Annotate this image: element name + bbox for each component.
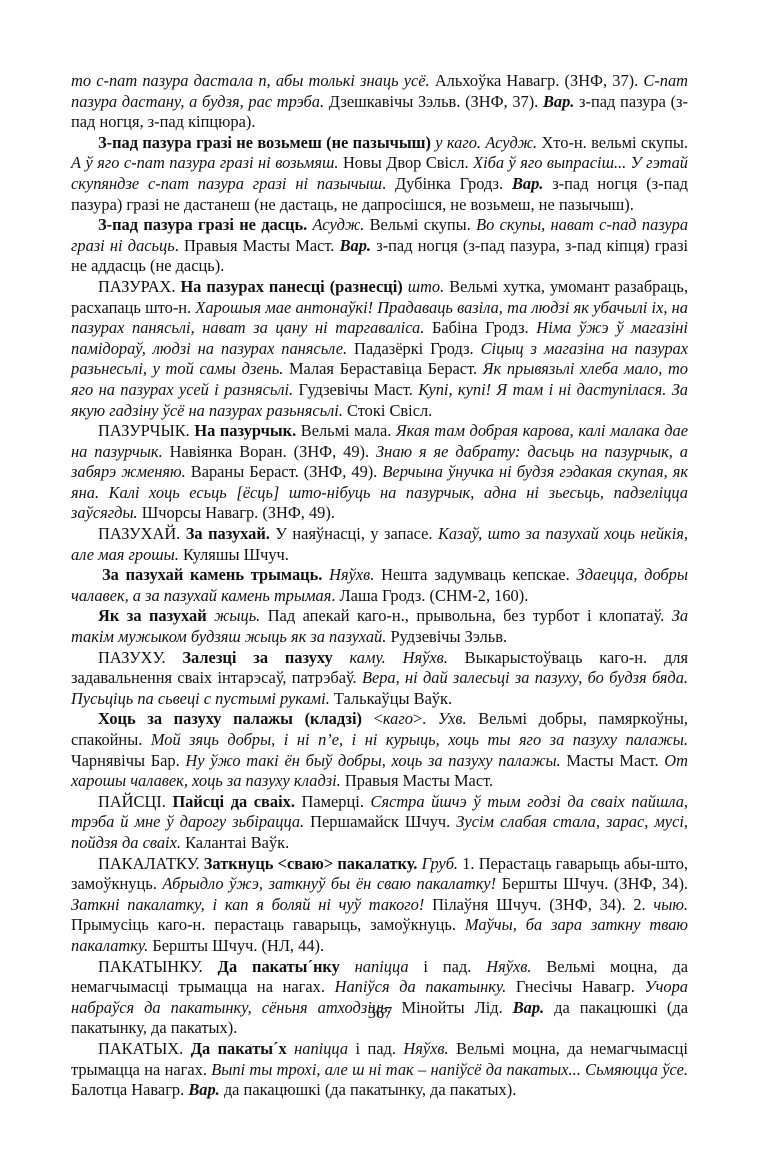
italic-text: Ну ўжо такі ён быў добры, хоць за пазуху… (185, 751, 560, 770)
text-run: Балотца Навагр. (71, 1080, 188, 1099)
entry-pakatykh: ПАКАТЫХ. Да пакаты´х напіцца і пад. Няўх… (71, 1039, 688, 1101)
text-run: ПАЗУРАХ. (98, 277, 180, 296)
text-run: Бершты Шчуч. (ЗНФ, 34). (496, 874, 688, 893)
text-run: Нешта задумваць кепскае. (374, 565, 576, 584)
entry-z-pad-pazura-ne-vozmesh: З-пад пазура гразі не возьмеш (не пазычы… (71, 133, 688, 215)
text-run: Хто-н. вельмі скупы. (537, 133, 688, 152)
italic-text: Напіўся да пакатынку. (335, 977, 507, 996)
headword-phrase: Да пакаты´нку (218, 957, 340, 976)
entry-pazurchyk: ПАЗУРЧЫК. На пазурчык. Вельмі мала. Якая… (71, 421, 688, 524)
italic-text: Абрыдло ўжэ, заткнуў бы ён сваю пакалатк… (162, 874, 496, 893)
text-run: і пад. (348, 1039, 403, 1058)
text-run: Дзешкавічы Зэльв. (ЗНФ, 37). (324, 92, 543, 111)
italic-text: Груб. (417, 854, 458, 873)
text-run: ПАЗУРЧЫК. (98, 421, 194, 440)
headword-phrase: З-пад пазура гразі не возьмеш (не пазычы… (98, 133, 431, 152)
text-run: Навіянка Воран. (ЗНФ, 49). (163, 442, 376, 461)
italic-text: то с-пат пазура дастала п, абы толькі зн… (71, 71, 430, 90)
italic-text: напіцца (340, 957, 409, 976)
italic-text: жыць. (207, 606, 261, 625)
headword-phrase: За пазухай камень трымаць. (102, 565, 322, 584)
variant-label: Вар. (512, 174, 543, 193)
entry-pakatynku: ПАКАТЫНКУ. Да пакаты´нку напіцца і пад. … (71, 957, 688, 1039)
text-run: Шчорсы Навагр. (ЗНФ, 49). (138, 503, 335, 522)
headword-phrase: За пазухай. (186, 524, 270, 543)
text-run: Правыя Масты Маст. (341, 771, 493, 790)
italic-text: Няўхв. (486, 957, 531, 976)
entry-pazukhai: ПАЗУХАЙ. За пазухай. У наяўнасці, у запа… (71, 524, 688, 565)
text-run: Стокі Свісл. (343, 401, 432, 420)
italic-text: Асудж. (307, 215, 364, 234)
entry-z-pad-pazura-ne-dasts: З-пад пазура гразі не дасць. Асудж. Вель… (71, 215, 688, 277)
entry-za-pazukhai-kamen: За пазухай камень трымаць. Няўхв. Нешта … (71, 565, 688, 606)
italic-text: Мой зяць добры, і ні п’е, і ні курыць, х… (151, 730, 688, 749)
text-run: Куляшы Шчуч. (179, 545, 289, 564)
variant-label: Вар. (340, 236, 371, 255)
text-run: Пад апекай каго-н., прывольна, без турбо… (260, 606, 671, 625)
italic-text: чыю. (653, 895, 688, 914)
text-run: Першамайск Шчуч. (304, 812, 456, 831)
text-run: Вараны Бераст. (ЗНФ, 49). (186, 462, 383, 481)
italic-text: у каго. Асудж. (431, 133, 537, 152)
entry-pazukhu: ПАЗУХУ. Залезці за пазуху каму. Няўхв. В… (71, 648, 688, 710)
text-run: < (362, 709, 383, 728)
text-run: ПАКАЛАТКУ. (98, 854, 204, 873)
text-run: ПАКАТЫНКУ. (98, 957, 218, 976)
text-run: Прымусіць каго-н. перастаць гаварыць, за… (71, 915, 465, 934)
variant-label: Вар. (188, 1080, 219, 1099)
text-run: да пакацюшкі (да пакатынку, да пакатых). (220, 1080, 517, 1099)
text-run: Рудзевічы Зэльв. (386, 627, 507, 646)
italic-text: Няўхв. (403, 1039, 448, 1058)
text-run: Гнесічы Навагр. (506, 977, 644, 996)
text-run: Пілаўня Шчуч. (ЗНФ, 34). 2. (424, 895, 653, 914)
text-run: ПАЙСЦІ. (98, 792, 172, 811)
entry-pakalatku: ПАКАЛАТКУ. Заткнуць <сваю> пакалатку. Гр… (71, 854, 688, 957)
headword-phrase: На пазурчык. (194, 421, 296, 440)
text-run: . Правыя Масты Маст. (175, 236, 340, 255)
text-run: ПАКАТЫХ. (98, 1039, 191, 1058)
headword-phrase: На пазурах панесці (разнесці) (180, 277, 402, 296)
text-run: Памерці. (295, 792, 371, 811)
text-run: і пад. (409, 957, 487, 976)
variant-label: Вар. (543, 92, 574, 111)
text-run: ПАЗУХАЙ. (98, 524, 186, 543)
italic-text: напіцца (287, 1039, 348, 1058)
text-run: Калантаі Ваўк. (181, 833, 289, 852)
continuation-paragraph: то с-пат пазура дастала п, абы толькі зн… (71, 71, 688, 133)
text-run: >. (413, 709, 438, 728)
headword-phrase: Заткнуць <сваю> пакалатку. (204, 854, 418, 873)
text-run: Падазёркі Гродз. (347, 339, 481, 358)
headword-phrase: Да пакаты´х (191, 1039, 287, 1058)
text-run: Бабіна Гродз. (424, 318, 536, 337)
text-run: Гудзевічы Маст. (293, 380, 418, 399)
italic-text: Няўхв. (322, 565, 374, 584)
entry-pazurakh: ПАЗУРАХ. На пазурах панесці (разнесці) ш… (71, 277, 688, 421)
headword-phrase: Як за пазухай (98, 606, 207, 625)
entry-yak-za-pazukhai: Як за пазухай жыць. Пад апекай каго-н., … (71, 606, 688, 647)
text-run: У наяўнасці, у запасе. (270, 524, 438, 543)
italic-text: Выпі ты трохі, але ш ні так – напіўсё да… (211, 1060, 688, 1079)
text-run: Малая Бераставіца Бераст. (283, 359, 482, 378)
italic-text: Заткні пакалатку, і кап я боляй ні чуў т… (71, 895, 424, 914)
italic-text: каго (383, 709, 413, 728)
text-run: Масты Маст. (561, 751, 665, 770)
text-run: Вельмі мала. (296, 421, 396, 440)
italic-text: што. (403, 277, 444, 296)
text-run: Чарнявічы Бар. (71, 751, 185, 770)
headword-phrase: Залезці за пазуху (182, 648, 332, 667)
text-run: Альхоўка Навагр. (ЗНФ, 37). (430, 71, 644, 90)
headword-phrase: Пайсці да сваіх. (172, 792, 295, 811)
italic-text: каму. Няўхв. (333, 648, 448, 667)
italic-text: А ў яго с-пат пазура гразі ні возьмяш. (71, 153, 338, 172)
text-run: . Дубінка Гродз. (382, 174, 512, 193)
headword-phrase: Хоць за пазуху палажы (кладзі) (98, 709, 362, 728)
text-run: Талькаўцы Ваўк. (330, 689, 452, 708)
text-run: ПАЗУХУ. (98, 648, 182, 667)
text-run: . Лаша Гродз. (СНМ-2, 160). (331, 586, 528, 605)
text-run: Бершты Шчуч. (НЛ, 44). (148, 936, 324, 955)
text-run: Вельмі скупы. (364, 215, 476, 234)
page-number: 367 (0, 1003, 760, 1023)
entry-paisci: ПАЙСЦІ. Пайсці да сваіх. Памерці. Сястра… (71, 792, 688, 854)
entry-khots-za-pazukhu: Хоць за пазуху палажы (кладзі) <каго>. У… (71, 709, 688, 791)
headword-phrase: З-пад пазура гразі не дасць. (98, 215, 307, 234)
dictionary-page-body: то с-пат пазура дастала п, абы толькі зн… (71, 71, 688, 1101)
text-run: Новы Двор Свісл. (338, 153, 473, 172)
italic-text: Ухв. (438, 709, 467, 728)
